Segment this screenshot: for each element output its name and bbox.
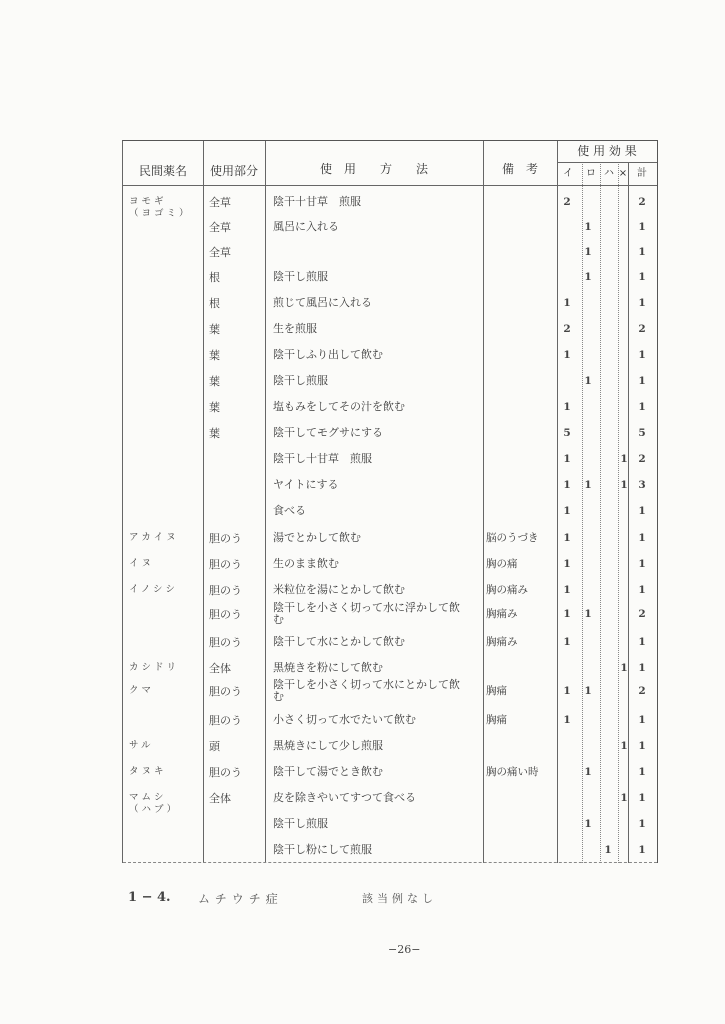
row-remarks: 胸痛 (486, 685, 507, 698)
effect-total-value: 1 (635, 662, 649, 675)
effect-total-value: 2 (635, 608, 649, 621)
row-part: 胆のう (209, 714, 242, 727)
row-remarks: 胸の痛み (486, 584, 528, 597)
effect-i-value: 2 (560, 323, 574, 336)
row-name: アカイヌ (129, 532, 179, 544)
col-divider (483, 141, 484, 863)
effect-total-value: 1 (635, 401, 649, 414)
row-method: 風呂に入れる (273, 221, 339, 233)
effect-total-value: 1 (635, 740, 649, 753)
row-part: 根 (209, 297, 220, 310)
row-part: 胆のう (209, 584, 242, 597)
effect-ro-value: 1 (581, 685, 595, 698)
effect-i-value: 1 (560, 714, 574, 727)
row-part: 葉 (209, 375, 220, 388)
effect-x-value: 1 (617, 740, 631, 753)
effect-total-value: 1 (635, 766, 649, 779)
row-method: 塩もみをしてその汁を飲む (273, 401, 405, 413)
effect-i-value: 1 (560, 479, 574, 492)
row-method: 陰干し煎服 (273, 271, 328, 283)
row-method: 陰干し煎服 (273, 818, 328, 830)
row-part: 全草 (209, 196, 231, 209)
row-method: 黒焼きにして少し煎服 (273, 740, 383, 752)
effect-i-value: 1 (560, 401, 574, 414)
effect-ro-value: 1 (581, 818, 595, 831)
effect-total-value: 1 (635, 844, 649, 857)
row-name: タヌキ (129, 766, 167, 778)
col-divider (265, 141, 266, 863)
effect-x-value: 1 (617, 453, 631, 466)
col-divider-dotted (618, 162, 619, 863)
row-method: 生のまま飲む (273, 558, 339, 570)
row-name: サル (129, 740, 154, 752)
effect-total-value: 1 (635, 532, 649, 545)
col-divider-dotted (600, 162, 601, 863)
effect-x-value: 1 (617, 792, 631, 805)
effect-ro-value: 1 (581, 766, 595, 779)
effect-i-value: 1 (560, 608, 574, 621)
header-effect-x: × (618, 167, 628, 180)
row-part: 葉 (209, 349, 220, 362)
effect-total-value: 2 (635, 685, 649, 698)
row-name: カシドリ (129, 662, 179, 674)
header-method: 使 用 方 法 (265, 163, 483, 176)
row-method: 食べる (273, 505, 306, 517)
table-bottom-line (123, 862, 657, 863)
row-part: 胆のう (209, 532, 242, 545)
effect-i-value: 5 (560, 427, 574, 440)
row-name: マムシ （ハブ） (129, 792, 179, 816)
row-method: 生を煎服 (273, 323, 317, 335)
row-method: 米粒位を湯にとかして飲む (273, 584, 405, 596)
effect-i-value: 2 (560, 196, 574, 209)
header-part: 使用部分 (203, 165, 265, 178)
effect-ro-value: 1 (581, 246, 595, 259)
col-divider (557, 141, 558, 863)
row-name: ヨモギ （ヨゴミ） (129, 196, 192, 220)
effect-total-value: 2 (635, 453, 649, 466)
col-divider (628, 162, 629, 863)
effect-ro-value: 1 (581, 608, 595, 621)
row-method: 小さく切って水でたいて飲む (273, 714, 416, 726)
header-effect-ro: ロ (582, 167, 600, 180)
row-method: ヤイトにする (273, 479, 339, 491)
row-method: 陰干し十甘草 煎服 (273, 453, 372, 465)
row-name: イノシシ (129, 584, 178, 596)
effect-total-value: 1 (635, 505, 649, 518)
effect-i-value: 1 (560, 685, 574, 698)
row-part: 全体 (209, 662, 231, 675)
row-method: 陰干しを小さく切って水にとかして飲 む (273, 679, 460, 703)
header-effect: 使 用 効 果 (557, 145, 657, 158)
effect-ro-value: 1 (581, 221, 595, 234)
effect-total-value: 1 (635, 584, 649, 597)
row-method: 湯でとかして飲む (273, 532, 361, 544)
header-divider (557, 162, 657, 163)
header-effect-ha: ハ (600, 167, 618, 180)
effect-i-value: 1 (560, 584, 574, 597)
document-page: 民間薬名 使用部分 使 用 方 法 備 考 使 用 効 果 イ ロ ハ × 計 … (0, 0, 725, 1024)
row-remarks: 胸の痛 (486, 558, 518, 571)
effect-ro-value: 1 (581, 271, 595, 284)
effect-total-value: 1 (635, 714, 649, 727)
effect-total-value: 1 (635, 246, 649, 259)
effect-i-value: 1 (560, 453, 574, 466)
row-method: 陰干してモグサにする (273, 427, 383, 439)
row-method: 煎じて風呂に入れる (273, 297, 372, 309)
effect-ha-value: 1 (601, 844, 615, 857)
row-part: 全体 (209, 792, 231, 805)
row-part: 胆のう (209, 685, 242, 698)
header-name: 民間薬名 (123, 165, 203, 178)
section-note: 該当例なし (362, 890, 437, 906)
header-effect-total: 計 (628, 167, 656, 180)
effect-i-value: 1 (560, 505, 574, 518)
effect-ro-value: 1 (581, 479, 595, 492)
effect-total-value: 1 (635, 375, 649, 388)
row-part: 頭 (209, 740, 220, 753)
row-remarks: 胸痛み (486, 608, 518, 621)
row-remarks: 胸痛 (486, 714, 507, 727)
row-method: 陰干十甘草 煎服 (273, 196, 361, 208)
row-part: 葉 (209, 401, 220, 414)
effect-total-value: 1 (635, 636, 649, 649)
effect-total-value: 1 (635, 558, 649, 571)
effect-i-value: 1 (560, 636, 574, 649)
row-method: 陰干し粉にして煎服 (273, 844, 372, 856)
row-part: 根 (209, 271, 220, 284)
remedy-table: 民間薬名 使用部分 使 用 方 法 備 考 使 用 効 果 イ ロ ハ × 計 … (122, 140, 658, 863)
header-bottom-line (123, 185, 657, 186)
row-remarks: 胸痛み (486, 636, 518, 649)
effect-total-value: 1 (635, 818, 649, 831)
row-part: 胆のう (209, 766, 242, 779)
row-remarks: 脳のうづき (486, 532, 539, 545)
row-method: 陰干し煎服 (273, 375, 328, 387)
col-divider-dotted (582, 162, 583, 863)
row-remarks: 胸の痛い時 (486, 766, 539, 779)
row-part: 胆のう (209, 558, 242, 571)
row-part: 胆のう (209, 608, 242, 621)
effect-total-value: 2 (635, 323, 649, 336)
effect-total-value: 2 (635, 196, 649, 209)
row-method: 陰干して湯でとき飲む (273, 766, 383, 778)
effect-total-value: 1 (635, 271, 649, 284)
effect-total-value: 1 (635, 297, 649, 310)
col-divider (203, 141, 204, 863)
row-part: 葉 (209, 323, 220, 336)
row-method: 陰干しを小さく切って水に浮かして飲 む (273, 602, 460, 626)
effect-total-value: 1 (635, 792, 649, 805)
row-method: 陰干しふり出して飲む (273, 349, 383, 361)
effect-i-value: 1 (560, 532, 574, 545)
row-part: 胆のう (209, 636, 242, 649)
effect-ro-value: 1 (581, 375, 595, 388)
section-number: 1 − 4. (128, 890, 171, 905)
row-method: 皮を除きやいてすつて食べる (273, 792, 416, 804)
row-method: 黒焼きを粉にして飲む (273, 662, 383, 674)
effect-i-value: 1 (560, 349, 574, 362)
effect-i-value: 1 (560, 297, 574, 310)
effect-total-value: 3 (635, 479, 649, 492)
effect-total-value: 5 (635, 427, 649, 440)
effect-x-value: 1 (617, 479, 631, 492)
row-part: 葉 (209, 427, 220, 440)
row-name: イヌ (129, 558, 154, 570)
page-number: −26− (388, 943, 420, 956)
section-title: ムチウチ症 (198, 890, 283, 907)
header-remarks: 備 考 (483, 163, 557, 176)
header-effect-i: イ (559, 167, 577, 180)
row-method: 陰干して水にとかして飲む (273, 636, 405, 648)
row-part: 全草 (209, 221, 231, 234)
effect-x-value: 1 (617, 662, 631, 675)
row-part: 全草 (209, 246, 231, 259)
effect-i-value: 1 (560, 558, 574, 571)
effect-total-value: 1 (635, 221, 649, 234)
row-name: クマ (129, 685, 154, 697)
effect-total-value: 1 (635, 349, 649, 362)
